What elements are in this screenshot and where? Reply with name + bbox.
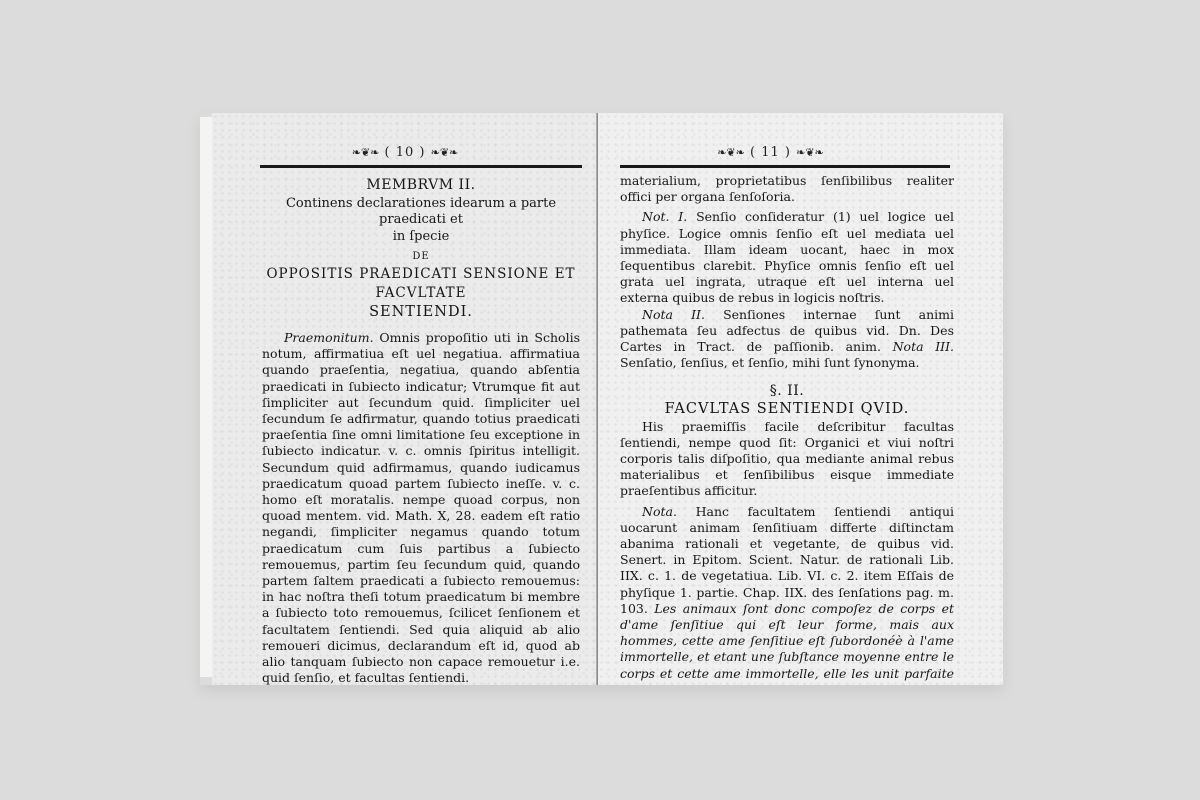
de-label: DE xyxy=(262,249,580,265)
nota-text: Hanc facultatem ſentiendi antiqui uocaru… xyxy=(620,504,954,616)
nota-label: Nota II. xyxy=(642,307,705,322)
ornament-icon: ❧❦❧ xyxy=(796,146,824,159)
page-number: ( 11 ) xyxy=(750,145,791,160)
nota-2-3: Nota II. Senſiones internae ſunt animi p… xyxy=(620,307,954,372)
header-rule xyxy=(260,165,582,168)
left-page-text: MEMBRVM II. Continens declarationes idea… xyxy=(262,173,580,685)
right-page-text: materialium, proprietatibus ſenſibilibus… xyxy=(620,173,954,685)
nota-text: Senſatio, ſenſius, et ſenſio, mihi ſunt … xyxy=(620,355,920,370)
header-rule xyxy=(620,165,950,168)
nota-1: Not. I. Senſio conſideratur (1) uel logi… xyxy=(620,209,954,306)
ornament-icon: ❧❦❧ xyxy=(352,146,380,159)
nota-4: Nota. Hanc facultatem ſentiendi antiqui … xyxy=(620,504,954,685)
french-quote: Les animaux ſont donc compoſez de corps … xyxy=(620,601,954,685)
nota-label: Nota. xyxy=(642,504,677,519)
subtitle-line-2: in ſpecie xyxy=(262,229,580,245)
open-book: ❧❦❧ ( 10 ) ❧❦❧ MEMBRVM II. Continens dec… xyxy=(200,113,1003,685)
section-heading: FACVLTAS SENTIENDI QVID. xyxy=(620,400,954,419)
paragraph-text: Omnis propoſitio uti in Scholis notum, a… xyxy=(262,330,580,685)
paragraph-facultas: His praemiſſis facile deſcribitur facult… xyxy=(620,419,954,500)
running-head-left: ❧❦❧ ( 10 ) ❧❦❧ xyxy=(212,145,598,160)
nota-label: Nota III. xyxy=(893,339,954,354)
left-page: ❧❦❧ ( 10 ) ❧❦❧ MEMBRVM II. Continens dec… xyxy=(212,113,598,685)
right-page: ❧❦❧ ( 11 ) ❧❦❧ materialium, proprietatib… xyxy=(598,113,1003,685)
paragraph-continuation: materialium, proprietatibus ſenſibilibus… xyxy=(620,173,954,205)
ornament-icon: ❧❦❧ xyxy=(431,146,459,159)
paragraph-praemonitum: Praemonitum. Omnis propoſitio uti in Sch… xyxy=(262,330,580,685)
main-heading-line-1: OPPOSITIS PRAEDICATI SENSIONE ET FACVLTA… xyxy=(262,265,580,303)
subtitle-line-1: Continens declarationes idearum a parte … xyxy=(262,196,580,228)
nota-label: Not. I. xyxy=(642,209,687,224)
running-head-right: ❧❦❧ ( 11 ) ❧❦❧ xyxy=(598,145,973,160)
praemonitum-label: Praemonitum. xyxy=(284,330,374,345)
page-number: ( 10 ) xyxy=(385,145,426,160)
main-heading-line-2: SENTIENDI. xyxy=(262,303,580,322)
ornament-icon: ❧❦❧ xyxy=(717,146,745,159)
section-marker: §. II. xyxy=(620,383,954,399)
section-title: MEMBRVM II. xyxy=(262,177,580,193)
